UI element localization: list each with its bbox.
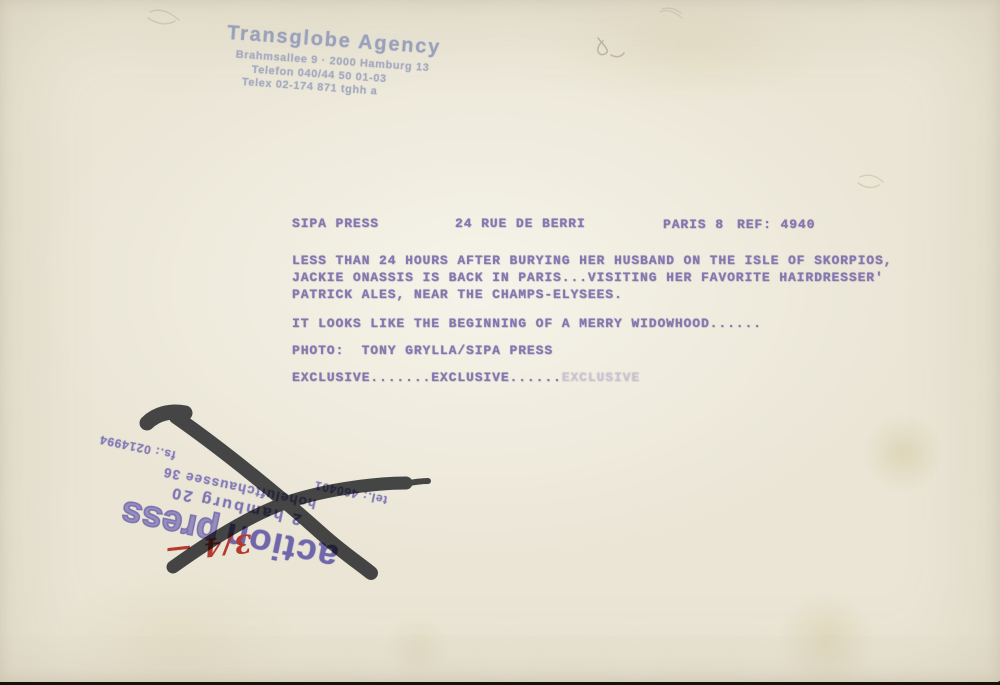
marker-cross-out bbox=[0, 0, 1000, 685]
scanned-photo-verso: Transglobe Agency Brahmsallee 9 · 2000 H… bbox=[0, 0, 1000, 685]
